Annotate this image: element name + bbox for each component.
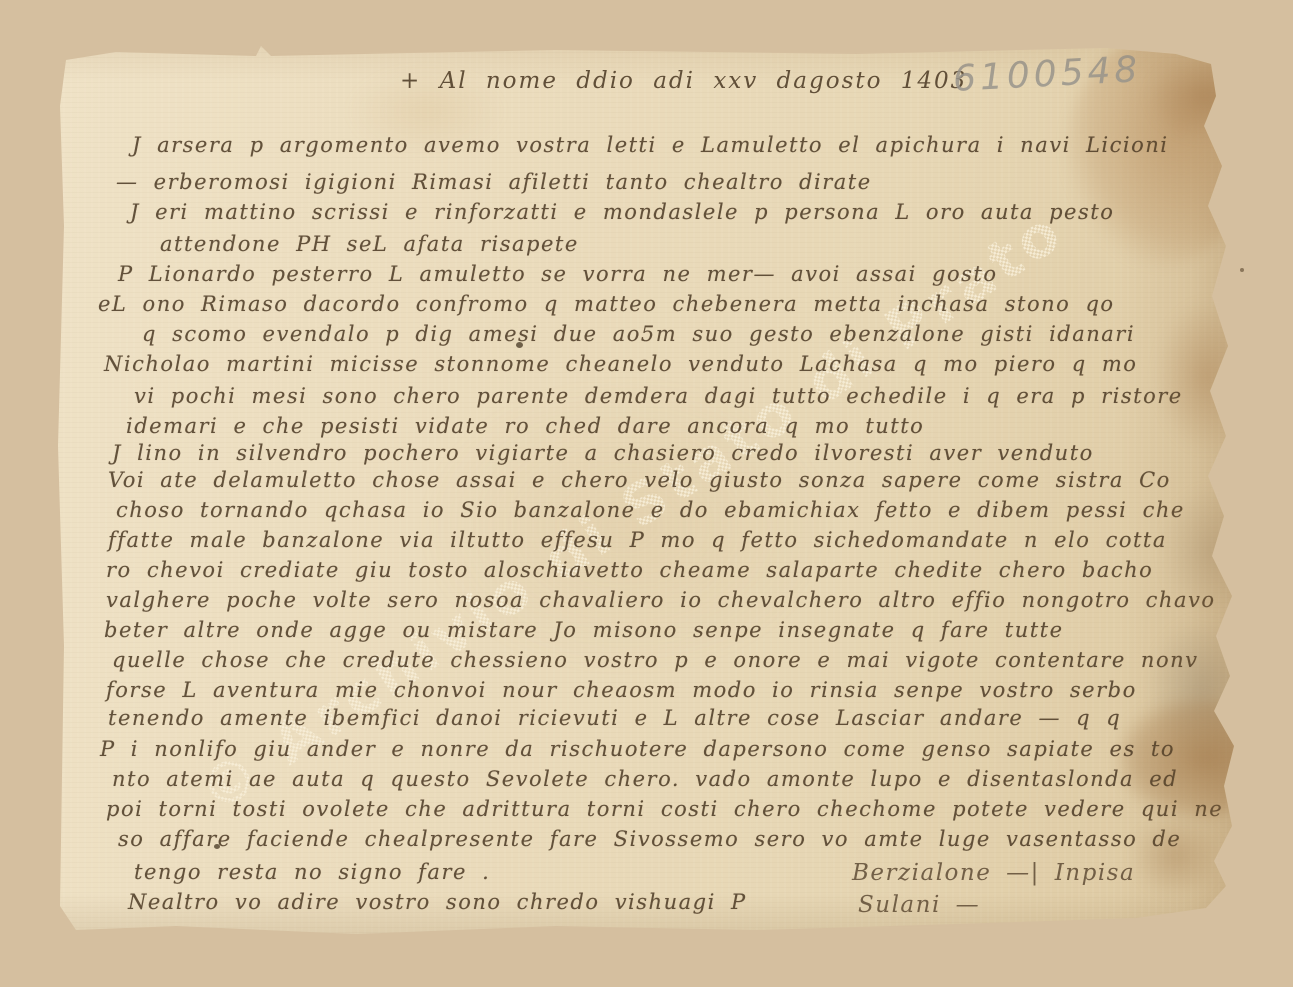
manuscript-line: P i nonlifo giu ander e nonre da rischuo… bbox=[100, 737, 1175, 761]
letter-paper: © Archivio di Stato di Prato + Al nome d… bbox=[56, 46, 1236, 938]
manuscript-line: choso tornando qchasa io Sio banzalone e… bbox=[116, 498, 1185, 522]
manuscript-line: — erberomosi igigioni Rimasi afiletti ta… bbox=[116, 170, 872, 194]
manuscript-line: P Lionardo pesterro L amuletto se vorra … bbox=[118, 262, 997, 286]
signature-line-1: Berzialone —| Inpisa bbox=[852, 860, 1135, 886]
stain-right-upper bbox=[1156, 301, 1256, 451]
manuscript-line: tenendo amente ibemfici danoi ricievuti … bbox=[108, 706, 1121, 730]
mat-speck bbox=[1240, 268, 1244, 272]
manuscript-line: J arsera p argomento avemo vostra letti … bbox=[132, 133, 1169, 157]
manuscript-line: poi torni tosti ovolete che adrittura to… bbox=[106, 797, 1223, 821]
manuscript-line: quelle chose che credute chessieno vostr… bbox=[112, 648, 1199, 672]
manuscript-line: ffatte male banzalone via iltutto effesu… bbox=[108, 528, 1167, 552]
manuscript-line: q scomo evendalo p dig amesi due ao5m su… bbox=[142, 322, 1135, 346]
scanned-letter-background: © Archivio di Stato di Prato + Al nome d… bbox=[0, 0, 1293, 987]
stain-top-corner bbox=[1146, 51, 1266, 141]
manuscript-line: Nicholao martini micisse stonnome cheane… bbox=[104, 352, 1137, 376]
manuscript-line: idemari e che pesisti vidate ro ched dar… bbox=[126, 414, 924, 438]
signature-line-2: Sulani — bbox=[858, 892, 980, 918]
manuscript-line: forse L aventura mie chonvoi nour cheaos… bbox=[106, 678, 1137, 702]
letter-heading: + Al nome ddio adi xxv dagosto 1403 bbox=[400, 68, 967, 94]
manuscript-line: tengo resta no signo fare . bbox=[134, 860, 490, 884]
manuscript-line: attendone PH seL afata risapete bbox=[160, 232, 579, 256]
manuscript-line: Nealtro vo adire vostro sono chredo vish… bbox=[128, 890, 747, 914]
manuscript-line: beter altre onde agge ou mistare Jo miso… bbox=[104, 618, 1064, 642]
manuscript-line: eL ono Rimaso dacordo confromo q matteo … bbox=[98, 292, 1115, 316]
manuscript-line: J lino in silvendro pochero vigiarte a c… bbox=[112, 441, 1094, 465]
manuscript-line: ro chevoi crediate giu tosto aloschiavet… bbox=[106, 558, 1153, 582]
manuscript-line: so affare faciende chealpresente fare Si… bbox=[118, 827, 1181, 851]
manuscript-line: valghere poche volte sero nosoa chavalie… bbox=[106, 588, 1215, 612]
manuscript-line: nto atemi ae auta q questo Sevolete cher… bbox=[112, 767, 1178, 791]
manuscript-line: vi pochi mesi sono chero parente demdera… bbox=[134, 384, 1183, 408]
manuscript-line: Voi ate delamuletto chose assai e chero … bbox=[108, 468, 1171, 492]
manuscript-line: J eri mattino scrissi e rinforzatti e mo… bbox=[130, 200, 1114, 224]
archive-number-pencil: 6100548 bbox=[952, 49, 1142, 100]
